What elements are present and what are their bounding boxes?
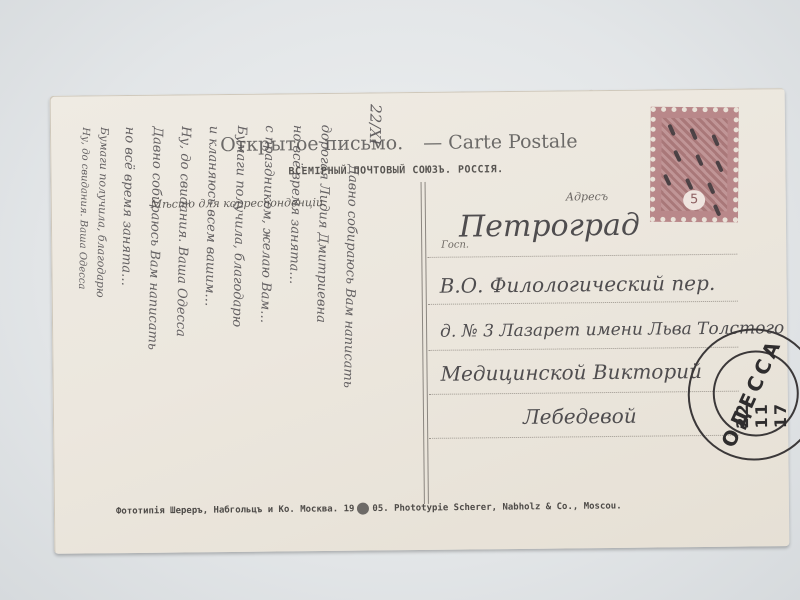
- letter-line: Ну, до свидания. Ваша Одесса: [173, 126, 193, 337]
- letter-line: Бумаги получила, благодарю: [229, 125, 249, 327]
- postage-stamp: 5: [650, 107, 739, 223]
- address-surname: Лебедевой: [523, 404, 637, 429]
- address-recipient: Медицинской Викторий: [440, 359, 702, 386]
- address-dotted-line: [427, 254, 737, 258]
- letter-line: с праздником, желаю Вам…: [257, 125, 277, 323]
- address-city: Петроград: [459, 208, 640, 245]
- divider-line: [421, 182, 429, 504]
- address-label: Адресъ: [566, 190, 608, 203]
- address-dotted-line: [429, 435, 739, 439]
- footer-left: Фототипія Шереръ, Набгольцъ и Ко. Москва…: [116, 504, 355, 516]
- letter-line: Бумаги получила, благодарю: [94, 127, 111, 298]
- letter-date: 22/XI: [366, 104, 385, 145]
- eagle-emblem-icon: [357, 503, 369, 515]
- letter-line: Давно собираюсь Вам написать: [144, 126, 164, 350]
- footer-right: 05. Phototypie Scherer, Nabholz & Co., M…: [372, 501, 621, 514]
- address-dotted-line: [428, 347, 738, 351]
- postcard: Открытое письмо. — Carte Postale ВСЕМІРН…: [50, 88, 790, 554]
- letter-line: и кланяюсь всем вашим…: [202, 126, 221, 307]
- stamp-denomination: 5: [683, 190, 705, 210]
- title-french: — Carte Postale: [423, 130, 578, 154]
- letter-line: но всё время занята…: [118, 127, 137, 287]
- letter-line: но всё время занята…: [286, 125, 305, 285]
- handwritten-letter: 22/XI Давно собираюсь Вам написать дорог…: [55, 104, 399, 508]
- address-dotted-line: [428, 301, 738, 305]
- address-street: В.О. Филологический пер.: [440, 271, 716, 298]
- letter-line: Ну, до свидания. Ваша Одесса: [76, 127, 91, 289]
- letter-line: Давно собираюсь Вам написать: [340, 164, 360, 388]
- letter-line: дорогая Лидия Дмитриевна: [313, 125, 333, 323]
- postmark-date: 22 11 17: [733, 373, 791, 429]
